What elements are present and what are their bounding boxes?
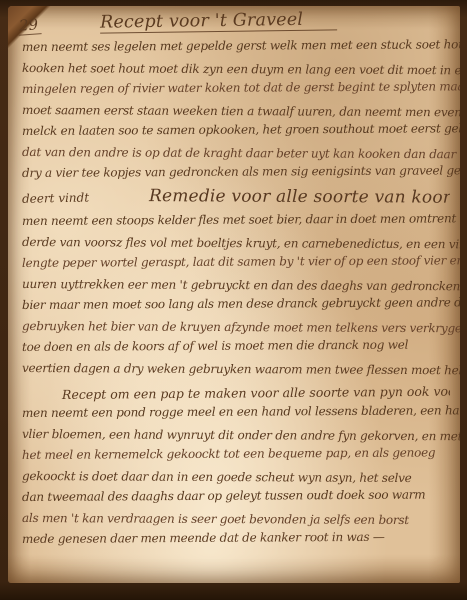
page-header: 29 Recept voor 't Graveel: [22, 10, 450, 37]
manuscript-page: 29 Recept voor 't Graveel men neemt ses …: [8, 6, 460, 583]
manuscript-line-end: deert vindt: [22, 184, 105, 211]
manuscript-line: mingelen regen of rivier water koken tot…: [22, 76, 450, 100]
manuscript-line: mede genesen daer men meende dat de kank…: [22, 526, 450, 550]
recipe-pap-heading: Recept om een pap te maken voor alle soo…: [62, 380, 450, 403]
recipe-koortsen-heading: Remedie voor alle soorte van koortsen: [149, 184, 450, 211]
manuscript-line: bier maar men moet soo lang als men dese…: [22, 292, 450, 316]
manuscript-line: melck en laaten soo te samen opkooken, h…: [22, 118, 450, 142]
manuscript-line: dry a vier tee kopjes van gedroncken als…: [22, 160, 450, 184]
recipe-graveel-paragraph: men neemt ses legelen met gepelde gerst …: [22, 37, 450, 184]
manuscript-line: men neemt ses legelen met gepelde gerst …: [22, 34, 450, 58]
recipe-pap-paragraph: men neemt een pond rogge meel en een han…: [22, 403, 450, 550]
recipe-pap-heading-row: Recept om een pap te maken voor alle soo…: [22, 380, 450, 403]
manuscript-line: het meel en kernemelck gekoockt tot een …: [22, 442, 450, 466]
page-number: 29: [17, 15, 41, 36]
recipe-koortsen-heading-row: deert vindt Remedie voor alle soorte van…: [22, 184, 450, 211]
manuscript-line: toe doen en als de koors af of wel is mo…: [22, 334, 450, 358]
manuscript-line: veertien dagen a dry weken gebruyken waa…: [22, 358, 450, 381]
manuscript-photo: 29 Recept voor 't Graveel men neemt ses …: [0, 0, 467, 600]
recipe-koortsen-paragraph: men neemt een stoops kelder fles met soe…: [22, 211, 450, 379]
page-title: Recept voor 't Graveel: [100, 9, 337, 33]
manuscript-line: men neemt een stoops kelder fles met soe…: [22, 208, 450, 232]
manuscript-line: men neemt een pond rogge meel en een han…: [22, 400, 450, 424]
manuscript-line: lengte peper wortel geraspt, laat dit sa…: [22, 250, 450, 274]
manuscript-line: dan tweemaal des daaghs daar op geleyt t…: [22, 484, 450, 508]
